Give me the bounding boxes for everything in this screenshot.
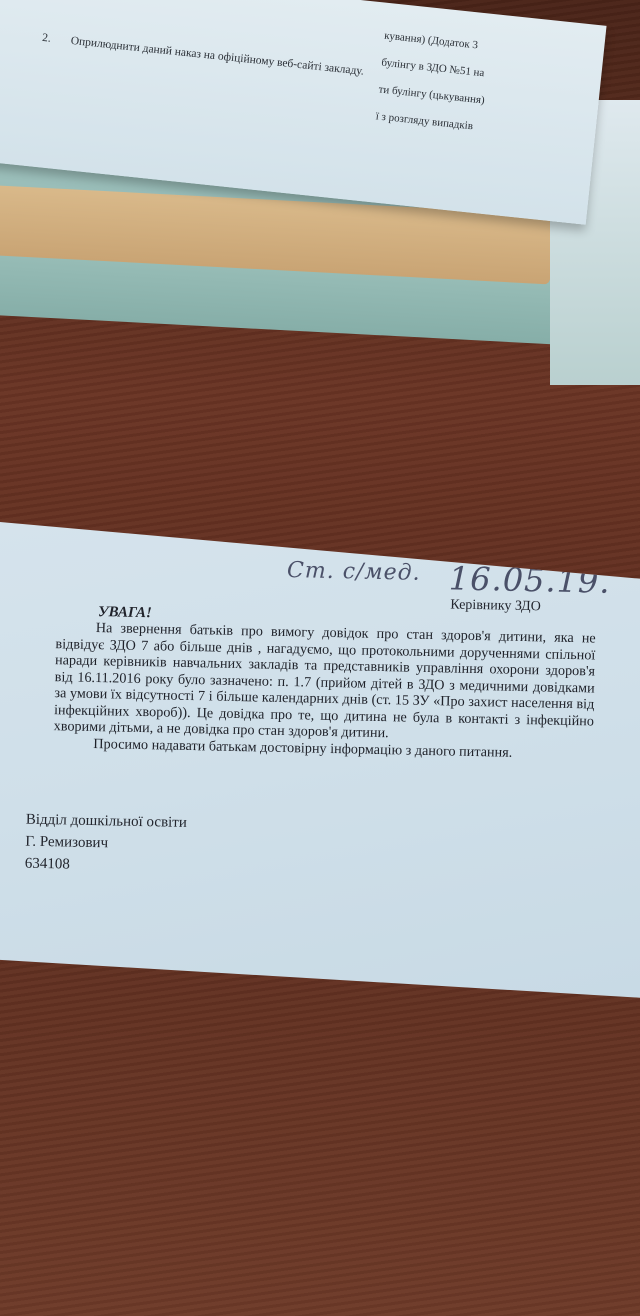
signature-block: Відділ дошкільної освіти Г. Ремизович 63…: [25, 809, 187, 878]
notice-paragraph: На звернення батьків про вимогу довідок …: [54, 619, 596, 746]
top-sheet-item: 2. Оприлюднити даний наказ на офіційному…: [42, 32, 365, 78]
signature-phone: 634108: [25, 853, 187, 878]
item-text: Оприлюднити даний наказ на офіційному ве…: [70, 35, 364, 78]
notice-body: На звернення батьків про вимогу довідок …: [53, 619, 596, 762]
paper-stack: кування) (Додаток 3 булінгу в ЗДО №51 на…: [0, 0, 640, 390]
top-sheet-right-column: кування) (Додаток 3 булінгу в ЗДО №51 на…: [374, 23, 491, 142]
notice-paper: Ст. с/мед. 16.05.19. Керівнику ЗДО УВАГА…: [0, 522, 640, 998]
item-number: 2.: [42, 32, 52, 45]
addressee: Керівнику ЗДО: [450, 597, 541, 615]
handwritten-department-note: Ст. с/мед.: [287, 558, 421, 586]
